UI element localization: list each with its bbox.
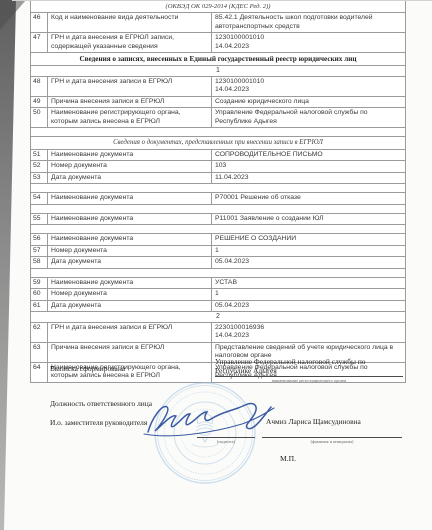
- official-position-label: Должность ответственного лица: [50, 399, 152, 408]
- table-row-54: 54Наименование документаР70001 Решение о…: [31, 193, 405, 204]
- cell-value: Р11001 Заявление о создании ЮЛ: [212, 214, 405, 224]
- scan-shadow-left-edge: [0, 0, 17, 530]
- cell-value: 85.42.1 Деятельность школ подготовки вод…: [212, 13, 405, 32]
- section-header: (ОКВЭД ОК 029-2014 (КДЕС Ред. 2)): [31, 1, 405, 12]
- table-row-section-italic: Сведения о документах, представленных пр…: [31, 137, 405, 149]
- cell-label: ГРН и дата внесения записи в ЕГРЮЛ: [48, 77, 212, 96]
- cell-value: Р70001 Решение об отказе: [212, 193, 405, 203]
- cell-value: 05.04.2023: [212, 257, 405, 267]
- cell-label: Дата документа: [48, 173, 212, 183]
- cell-num: 59: [31, 278, 48, 288]
- cell-value: 05.04.2023: [212, 301, 405, 311]
- table-row-52: 52Номер документа103: [31, 161, 405, 172]
- cell-label: Номер документа: [48, 289, 212, 299]
- cell-label: Номер документа: [48, 161, 212, 171]
- cell-num: 50: [31, 108, 48, 127]
- cell-value: 1: [212, 246, 405, 256]
- cell-num: 48: [31, 77, 48, 96]
- table-row-48: 48ГРН и дата внесения записи в ЕГРЮЛ1230…: [31, 77, 405, 97]
- registering-authority-name: Управление Федеральной налоговой службы …: [215, 357, 405, 376]
- section-header: 1: [31, 66, 405, 76]
- cell-num: 52: [31, 161, 48, 171]
- table-row-46: 46Код и наименование вида деятельности85…: [31, 13, 405, 33]
- egrul-extract-page: { "table": { "rows": [ {"kind":"section-…: [0, 0, 432, 530]
- cell-num: 46: [31, 13, 48, 32]
- section-header: 2: [31, 312, 405, 322]
- cell-num: 60: [31, 289, 48, 299]
- cell-num: 53: [31, 173, 48, 183]
- cell-value: УСТАВ: [212, 278, 405, 288]
- table-row-49: 49Причина внесения записи в ЕГРЮЛСоздани…: [31, 97, 405, 108]
- egrul-table: (ОКВЭД ОК 029-2014 (КДЕС Ред. 2))46Код и…: [30, 1, 406, 383]
- cell-num: 63: [31, 343, 48, 362]
- name-underline: [262, 437, 402, 438]
- official-position-value: И.о. заместителя руководителя: [50, 418, 147, 427]
- cell-num: 62: [31, 323, 48, 342]
- cell-num: 47: [31, 33, 48, 52]
- table-row-blank: [31, 205, 405, 214]
- cell-label: Дата документа: [48, 301, 212, 311]
- table-row-62: 62ГРН и дата внесения записи в ЕГРЮЛ2230…: [31, 323, 405, 343]
- registering-authority-block: Управление Федеральной налоговой службы …: [215, 357, 405, 376]
- table-row-55: 55Наименование документаР11001 Заявление…: [31, 214, 405, 225]
- cell-label: Наименование документа: [48, 193, 212, 203]
- section-header: Сведения о документах, представленных пр…: [31, 137, 405, 148]
- seal-place-label: М.П.: [268, 454, 308, 463]
- table-row-blank: [31, 269, 405, 278]
- table-row-57: 57Номер документа1: [31, 246, 405, 257]
- cell-label: Номер документа: [48, 246, 212, 256]
- section-header: Сведения о записях, внесенных в Единый г…: [31, 53, 405, 65]
- cell-label: ГРН и дата внесения в ЕГРЮЛ записи, соде…: [48, 33, 212, 52]
- table-row-59: 59Наименование документаУСТАВ: [31, 278, 405, 289]
- cell-value: 1230100001010 14.04.2023: [212, 33, 405, 52]
- cell-label: Наименование документа: [48, 150, 212, 160]
- cell-num: 51: [31, 150, 48, 160]
- table-row-blank: [31, 225, 405, 234]
- cell-num: 61: [31, 301, 48, 311]
- cell-label: Причина внесения записи в ЕГРЮЛ: [48, 97, 212, 107]
- cell-label: Наименование документа: [48, 234, 212, 244]
- table-row-section-bold: Сведения о записях, внесенных в Единый г…: [31, 53, 405, 66]
- signature-caption: (подпись): [197, 439, 255, 444]
- table-row-58: 58Дата документа05.04.2023: [31, 257, 405, 268]
- cell-value: Управление Федеральной налоговой службы …: [212, 108, 405, 127]
- cell-label: Причина внесения записи в ЕГРЮЛ: [48, 343, 212, 362]
- cell-value: Создание юридического лица: [212, 97, 405, 107]
- cell-label: Наименование документа: [48, 278, 212, 288]
- cell-label: Наименование регистрирующего органа, кот…: [48, 108, 212, 127]
- cell-label: ГРН и дата внесения записи в ЕГРЮЛ: [48, 323, 212, 342]
- table-row-center: 1: [31, 66, 405, 77]
- table-row-56: 56Наименование документаРЕШЕНИЕ О СОЗДАН…: [31, 234, 405, 245]
- cell-num: 57: [31, 246, 48, 256]
- signature-underline: [197, 437, 255, 438]
- table-row-blank: [31, 128, 405, 137]
- cell-num: 58: [31, 257, 48, 267]
- name-caption: (фамилия и инициалы): [262, 439, 402, 444]
- cell-num: 49: [31, 97, 48, 107]
- cell-value: 1230100001010 14.04.2023: [212, 77, 405, 96]
- cell-value: 1: [212, 289, 405, 299]
- cell-value: РЕШЕНИЕ О СОЗДАНИИ: [212, 234, 405, 244]
- table-row-60: 60Номер документа1: [31, 289, 405, 300]
- table-row-51: 51Наименование документаСОПРОВОДИТЕЛЬНОЕ…: [31, 150, 405, 161]
- cell-value: 11.04.2023: [212, 173, 405, 183]
- cell-num: 55: [31, 214, 48, 224]
- cell-value: СОПРОВОДИТЕЛЬНОЕ ПИСЬМО: [212, 150, 405, 160]
- cell-label: Дата документа: [48, 257, 212, 267]
- table-row-47: 47ГРН и дата внесения в ЕГРЮЛ записи, со…: [31, 33, 405, 53]
- cell-label: Наименование документа: [48, 214, 212, 224]
- signature-scribble: [140, 396, 282, 442]
- table-row-61: 61Дата документа05.04.2023: [31, 301, 405, 312]
- table-row-blank: [31, 184, 405, 193]
- cell-value: 2230100016936 14.04.2023: [212, 323, 405, 342]
- table-row-center: 2: [31, 312, 405, 323]
- responsible-person-name: Ачмиз Лариса Щамсудиновна: [266, 417, 361, 426]
- authority-underline: [215, 376, 403, 377]
- cell-label: Код и наименование вида деятельности: [48, 13, 212, 32]
- cell-num: 56: [31, 234, 48, 244]
- cell-num: 54: [31, 193, 48, 203]
- extract-formed-label: Выписка сформирована: [50, 364, 125, 373]
- table-row-50: 50Наименование регистрирующего органа, к…: [31, 108, 405, 128]
- table-row-53: 53Дата документа11.04.2023: [31, 173, 405, 184]
- cell-value: 103: [212, 161, 405, 171]
- cell-num: 64: [31, 363, 48, 382]
- table-row-section-classifier: (ОКВЭД ОК 029-2014 (КДЕС Ред. 2)): [31, 1, 405, 13]
